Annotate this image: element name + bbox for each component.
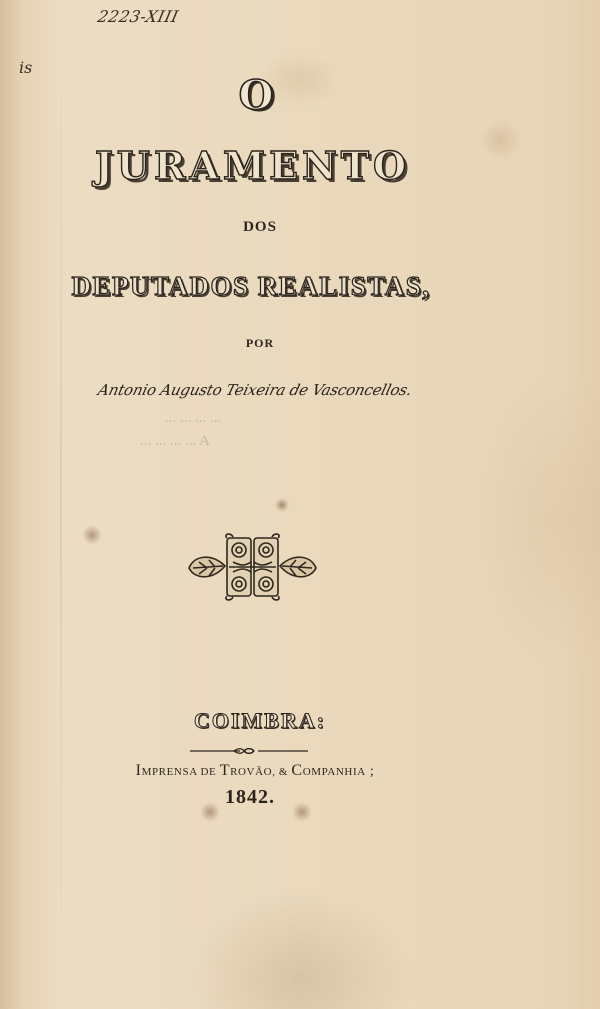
bleed-through-text: ... ... ... ... xyxy=(165,410,221,427)
title-main: JURAMENTO xyxy=(80,143,425,188)
floral-vignette-ornament-icon xyxy=(185,532,320,602)
title-connector: DOS xyxy=(215,219,305,236)
imprint-place: COIMBRA: xyxy=(180,708,340,734)
byline-prefix: POR xyxy=(225,336,295,351)
bleed-through-text: ... ... ... ... A xyxy=(140,433,210,450)
title-page: 2223-XIII is O JURAMENTO DOS DEPUTADOS R… xyxy=(0,0,600,1009)
title-subject: DEPUTADOS REALISTAS, xyxy=(56,271,446,302)
decorative-rule-icon xyxy=(190,747,308,755)
imprint-year: 1842. xyxy=(200,786,300,809)
handwritten-margin-note: is xyxy=(19,58,32,77)
title-article: O xyxy=(216,72,296,119)
author-name: Antonio Augusto Teixeira de Vasconcellos… xyxy=(73,381,437,399)
handwritten-shelfmark: 2223-XIII xyxy=(96,7,180,26)
page-fold-shadow xyxy=(60,0,62,1009)
imprint-printer: IMPRENSA DE TROVÃO, & COMPANHIA ; xyxy=(110,762,400,780)
